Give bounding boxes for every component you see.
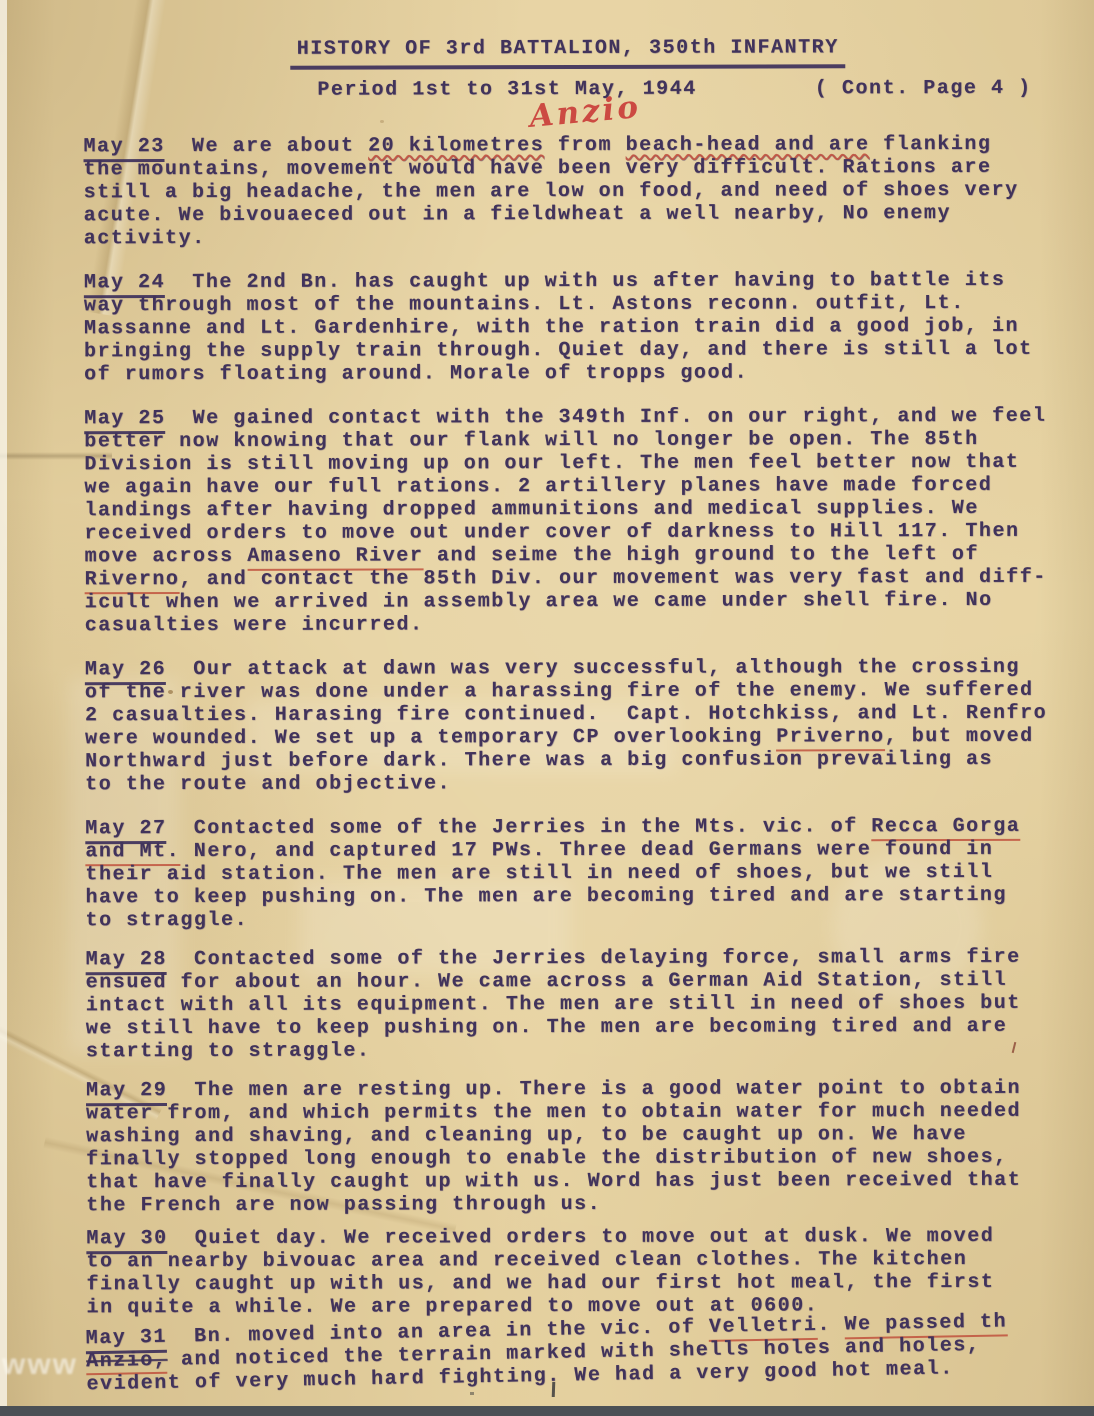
entry-line: May 30 Quiet day. We received orders to … <box>86 1225 1055 1251</box>
entry-line: the French are now passing through us. <box>86 1192 1055 1218</box>
entry-line: move across Amaseno River and seime the … <box>85 543 1054 569</box>
entry-may-28: May 28 Contacted some of the Jerries del… <box>86 946 1055 1064</box>
entry-line: landings after having dropped ammunition… <box>84 497 1053 523</box>
entry-line: finally stopped long enough to enable th… <box>86 1146 1055 1172</box>
entry-line: icult when we arrived in assembly area w… <box>85 589 1054 615</box>
subtitle-cont-page: ( Cont. Page 4 ) <box>815 77 1032 101</box>
document-page: HISTORY OF 3rd BATTALION, 350th INFANTRY… <box>0 0 1094 1416</box>
entry-line: ensued for about an hour. We came across… <box>86 969 1055 995</box>
entry-line: May 29 The men are resting up. There is … <box>86 1077 1055 1103</box>
entry-line: May 25 We gained contact with the 349th … <box>84 405 1053 431</box>
entry-may-26: May 26 Our attack at dawn was very succe… <box>85 656 1054 797</box>
entry-line: finally caught up with us, and we had ou… <box>86 1271 1055 1297</box>
entry-line: washing and shaving, and cleaning up, to… <box>86 1123 1055 1149</box>
entry-line: received orders to move out under cover … <box>84 520 1053 546</box>
entry-line: to the route and objective. <box>85 771 1054 797</box>
entry-may-25: May 25 We gained contact with the 349th … <box>84 405 1054 638</box>
entry-line: May 27 Contacted some of the Jerries in … <box>85 815 1054 841</box>
entry-line: May 23 We are about 20 kilometres from b… <box>83 133 1052 159</box>
entry-line: intact with all its equipment. The men a… <box>86 992 1055 1018</box>
entry-line: their aid station. The men are still in … <box>85 861 1054 887</box>
scan-edge-bottom <box>0 1406 1094 1416</box>
entry-line: to straggle. <box>85 907 1054 933</box>
entry-line: were wounded. We set up a temporary CP o… <box>85 725 1054 751</box>
entry-line: have to keep pushing on. The men are bec… <box>85 884 1054 910</box>
entry-line: that have finally caught up with us. Wor… <box>86 1169 1055 1195</box>
entry-line: of the river was done under a harassing … <box>85 679 1054 705</box>
entry-line: the mountains, movement would have been … <box>84 156 1053 182</box>
entry-line: Northward just before dark. There was a … <box>85 748 1054 774</box>
entry-line: 2 casualties. Harasing fire continued. C… <box>85 702 1054 728</box>
entry-line: activity. <box>84 225 1053 251</box>
entry-line: water from, and which permits the men to… <box>86 1100 1055 1126</box>
entry-line: starting to straggle. <box>86 1038 1055 1064</box>
entry-may-29: May 29 The men are resting up. There is … <box>86 1077 1055 1218</box>
entry-line: way through most of the mountains. Lt. A… <box>84 292 1053 318</box>
entry-line: Division is still moving up on our left.… <box>84 451 1053 477</box>
typewritten-content: HISTORY OF 3rd BATTALION, 350th INFANTRY… <box>83 35 1056 1416</box>
entry-line: and Mt. Nero, and captured 17 PWs. Three… <box>85 838 1054 864</box>
entry-line: we again have our full rations. 2 artill… <box>84 474 1053 500</box>
entry-line: acute. We bivouaeced out in a fieldwheat… <box>84 202 1053 228</box>
page-title: HISTORY OF 3rd BATTALION, 350th INFANTRY <box>291 35 845 69</box>
entry-may-27: May 27 Contacted some of the Jerries in … <box>85 815 1054 933</box>
entry-may-24: May 24 The 2nd Bn. has caught up with us… <box>84 269 1053 387</box>
entry-line: of rumors floating around. Morale of tro… <box>84 361 1053 387</box>
entry-line: May 26 Our attack at dawn was very succe… <box>85 656 1054 682</box>
entry-line: bringing the supply train through. Quiet… <box>84 338 1053 364</box>
entry-line: better now knowing that our flank will n… <box>84 428 1053 454</box>
entry-line: May 28 Contacted some of the Jerries del… <box>86 946 1055 972</box>
entry-line: still a big headache, the men are low on… <box>84 179 1053 205</box>
entry-line: we still have to keep pushing on. The me… <box>86 1015 1055 1041</box>
pencil-dot <box>470 1392 474 1395</box>
entry-line: to an nearby bivouac area and received c… <box>86 1248 1055 1274</box>
entry-may-31: May 31 Bn. moved into an area in the vic… <box>85 1311 1055 1398</box>
entry-may-30: May 30 Quiet day. We received orders to … <box>86 1225 1055 1320</box>
entry-may-23: May 23 We are about 20 kilometres from b… <box>83 133 1052 251</box>
watermark-text: www <box>2 1348 78 1382</box>
entry-line: casualties were incurred. <box>85 612 1054 638</box>
entry-line: Massanne and Lt. Gardenhire, with the ra… <box>84 315 1053 341</box>
entry-line: Riverno, and contact the 85th Div. our m… <box>85 566 1054 592</box>
diary-entries: May 23 We are about 20 kilometres from b… <box>83 133 1055 1398</box>
scan-edge-left <box>0 0 7 1406</box>
pencil-tick <box>552 1382 556 1397</box>
red-pen-mark: beach-head and are <box>626 133 870 157</box>
red-pen-mark: 20 kilometres <box>368 134 544 157</box>
document-header: HISTORY OF 3rd BATTALION, 350th INFANTRY… <box>83 35 1052 105</box>
entry-line: May 24 The 2nd Bn. has caught up with us… <box>84 269 1053 295</box>
